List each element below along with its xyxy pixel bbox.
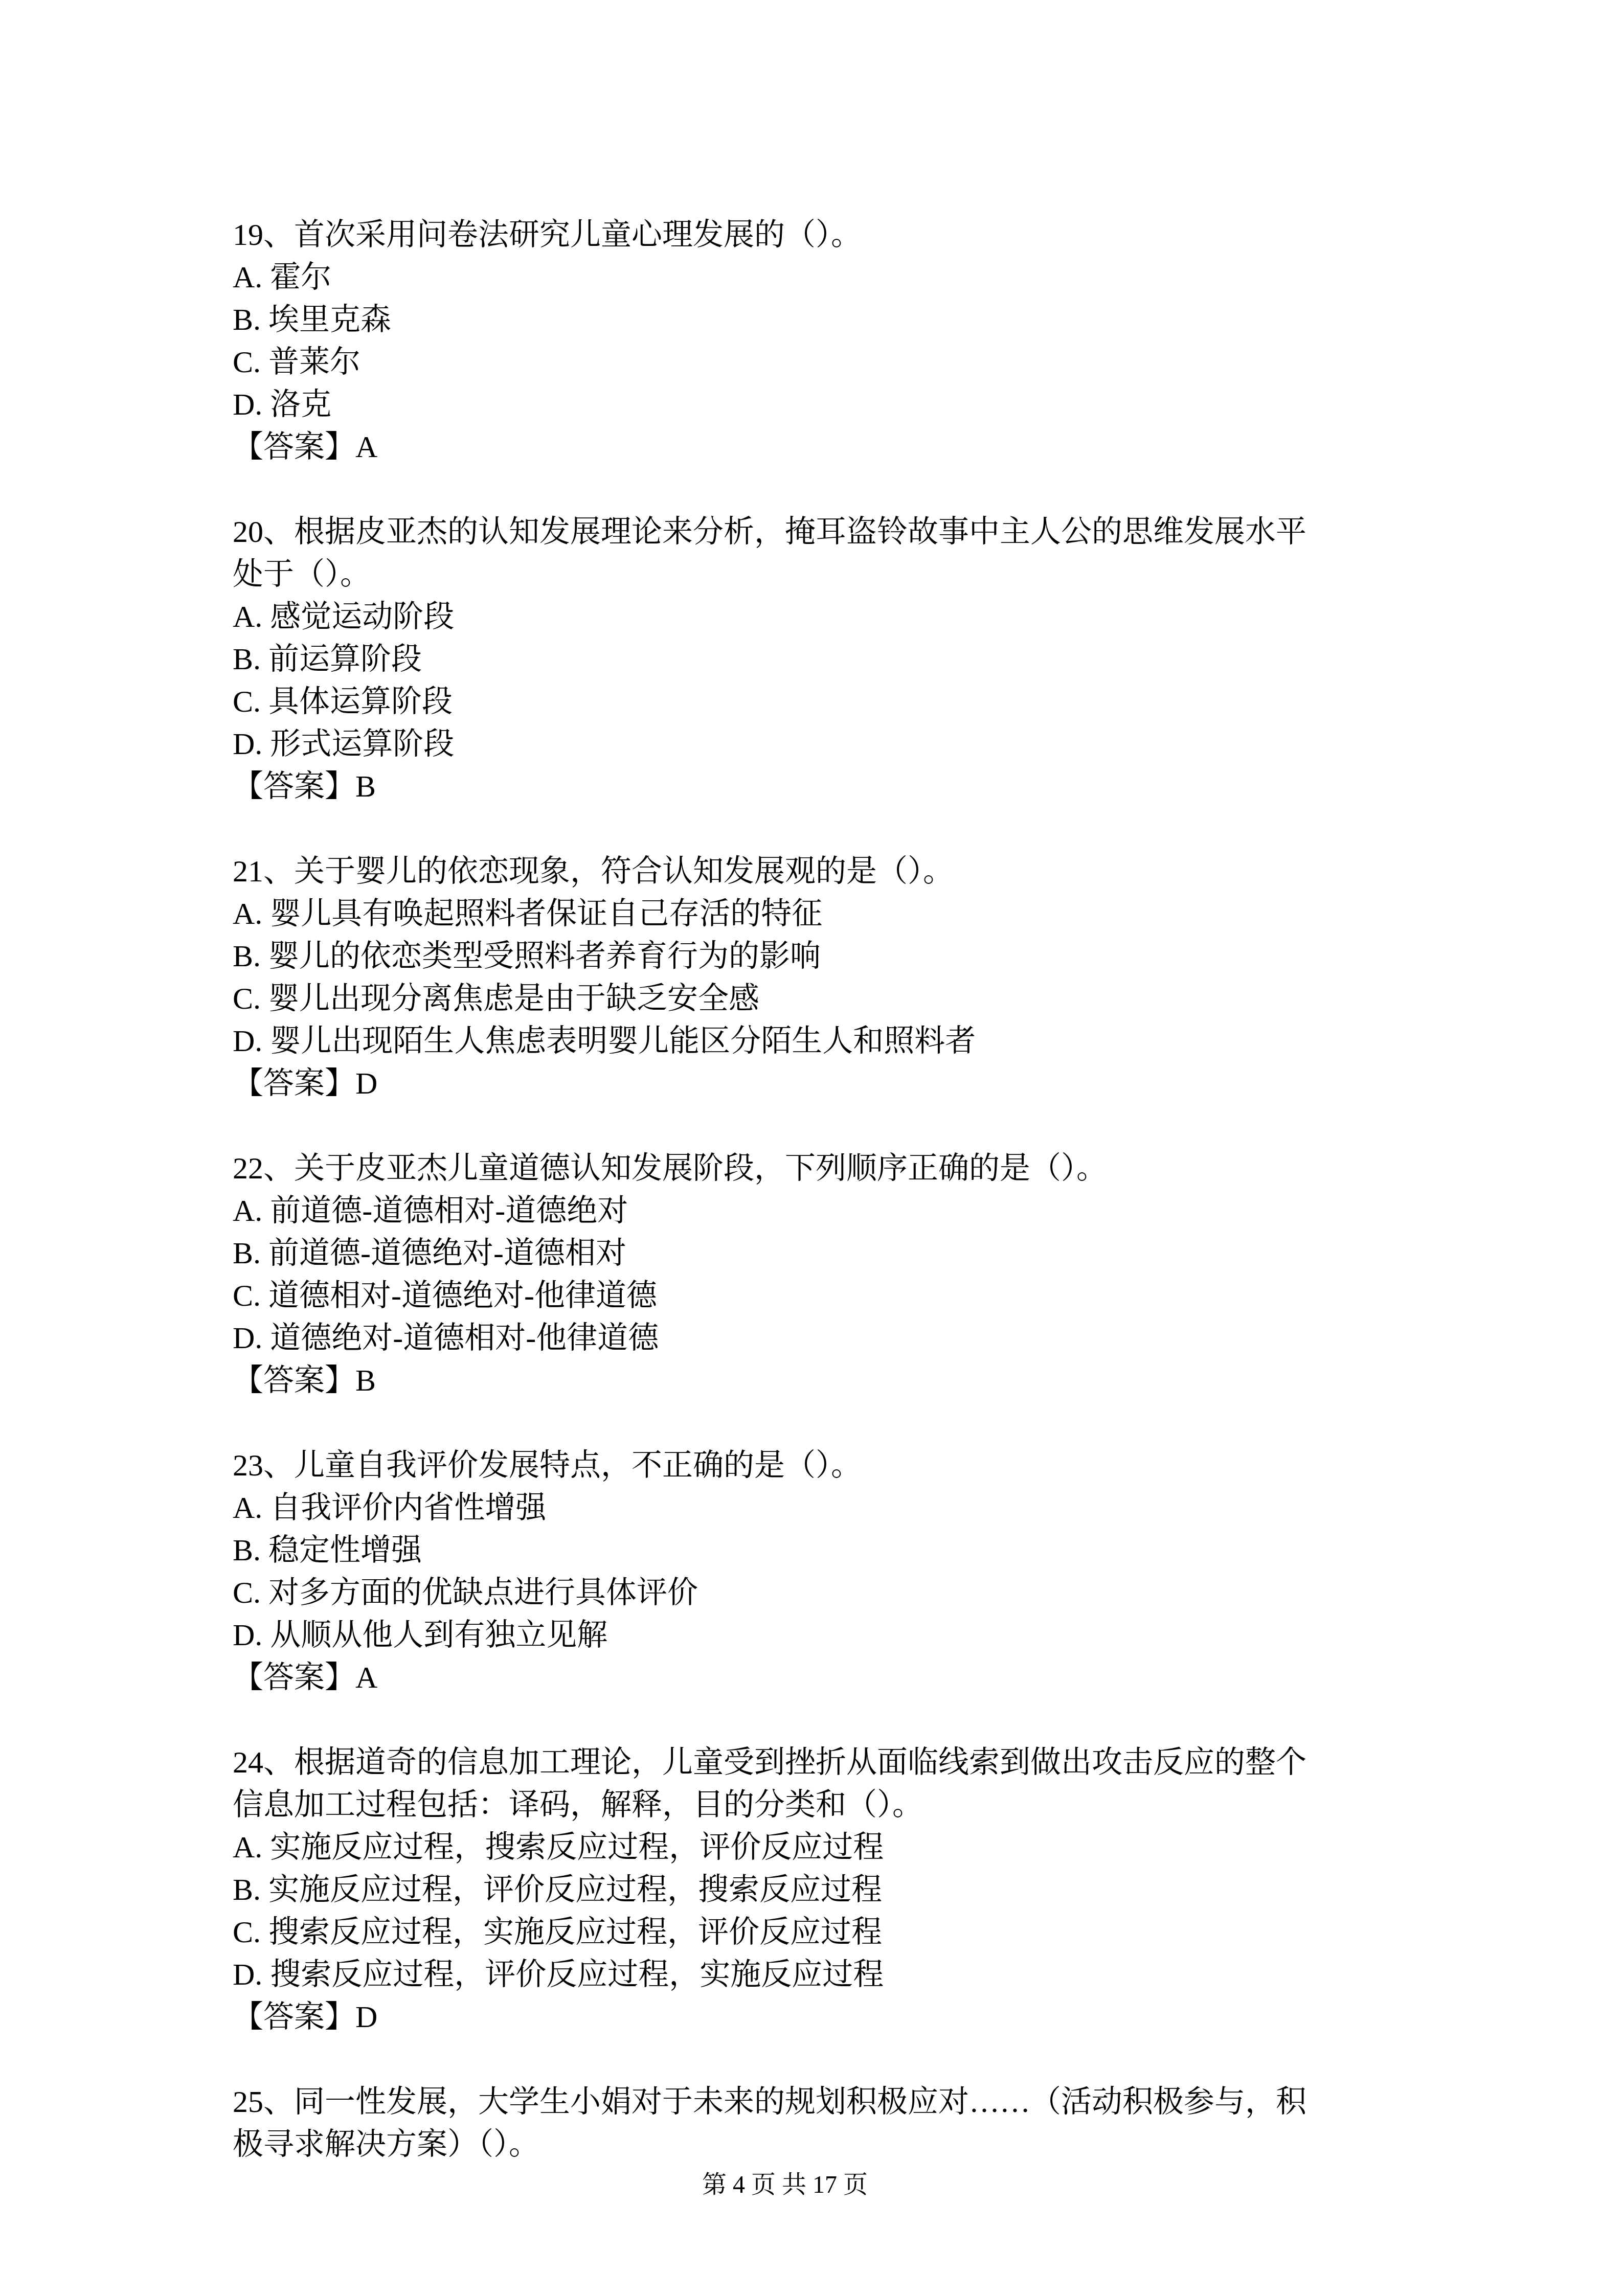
question-20-stem-line-1: 20、根据皮亚杰的认知发展理论来分析，掩耳盗铃故事中主人公的思维发展水平 (233, 511, 1337, 553)
question-24-option-d: D. 搜索反应过程，评价反应过程，实施反应过程 (233, 1953, 1337, 1996)
answer-label: 【答案】 (233, 2000, 355, 2034)
answer-value: B (355, 1363, 376, 1397)
answer-label: 【答案】 (233, 769, 355, 803)
question-20-option-a: A. 感觉运动阶段 (233, 596, 1337, 638)
question-23-answer-line: 【答案】A (233, 1656, 1337, 1699)
question-22-answer-line: 【答案】B (233, 1359, 1337, 1402)
question-25-stem-line-1: 25、同一性发展，大学生小娟对于未来的规划积极应对……（活动积极参与，积 (233, 2081, 1337, 2123)
question-21-stem: 21、关于婴儿的依恋现象，符合认知发展观的是（）。 (233, 850, 1337, 893)
question-19-option-d: D. 洛克 (233, 383, 1337, 426)
question-24-stem-line-1: 24、根据道奇的信息加工理论，儿童受到挫折从面临线索到做出攻击反应的整个 (233, 1741, 1337, 1784)
question-19-stem: 19、首次采用问卷法研究儿童心理发展的（）。 (233, 214, 1337, 256)
answer-value: A (355, 1661, 377, 1694)
question-20-option-d: D. 形式运算阶段 (233, 723, 1337, 765)
question-19-option-c: C. 普莱尔 (233, 341, 1337, 383)
question-22-stem: 22、关于皮亚杰儿童道德认知发展阶段，下列顺序正确的是（）。 (233, 1147, 1337, 1190)
answer-label: 【答案】 (233, 1363, 355, 1397)
answer-label: 【答案】 (233, 1066, 355, 1100)
question-19-answer-line: 【答案】A (233, 426, 1337, 468)
page-footer: 第 4 页 共 17 页 (233, 2170, 1337, 2200)
question-20-stem-line-2: 处于（）。 (233, 553, 1337, 596)
exam-questions-content: 19、首次采用问卷法研究儿童心理发展的（）。 A. 霍尔 B. 埃里克森 C. … (233, 214, 1337, 2200)
question-24-answer-line: 【答案】D (233, 1996, 1337, 2038)
answer-label: 【答案】 (233, 1661, 355, 1694)
question-22-option-c: C. 道德相对-道德绝对-他律道德 (233, 1275, 1337, 1317)
question-24-option-b: B. 实施反应过程，评价反应过程，搜索反应过程 (233, 1869, 1337, 1911)
question-25: 25、同一性发展，大学生小娟对于未来的规划积极应对……（活动积极参与，积 极寻求… (233, 2081, 1337, 2166)
answer-value: D (355, 2000, 377, 2034)
question-23-option-d: D. 从顺从他人到有独立见解 (233, 1614, 1337, 1656)
question-22-option-b: B. 前道德-道德绝对-道德相对 (233, 1232, 1337, 1275)
question-24-option-a: A. 实施反应过程，搜索反应过程，评价反应过程 (233, 1826, 1337, 1869)
question-23-option-a: A. 自我评价内省性增强 (233, 1487, 1337, 1529)
question-21-option-b: B. 婴儿的依恋类型受照料者养育行为的影响 (233, 935, 1337, 977)
question-19-option-a: A. 霍尔 (233, 256, 1337, 299)
question-20: 20、根据皮亚杰的认知发展理论来分析，掩耳盗铃故事中主人公的思维发展水平 处于（… (233, 511, 1337, 808)
exam-document-page: 19、首次采用问卷法研究儿童心理发展的（）。 A. 霍尔 B. 埃里克森 C. … (0, 0, 1624, 2296)
question-21-option-d: D. 婴儿出现陌生人焦虑表明婴儿能区分陌生人和照料者 (233, 1020, 1337, 1062)
question-21: 21、关于婴儿的依恋现象，符合认知发展观的是（）。 A. 婴儿具有唤起照料者保证… (233, 850, 1337, 1105)
question-24-option-c: C. 搜索反应过程，实施反应过程，评价反应过程 (233, 1911, 1337, 1953)
question-23-stem: 23、儿童自我评价发展特点，不正确的是（）。 (233, 1444, 1337, 1487)
answer-value: D (355, 1066, 377, 1100)
question-23-option-b: B. 稳定性增强 (233, 1529, 1337, 1572)
question-19-option-b: B. 埃里克森 (233, 299, 1337, 341)
question-24: 24、根据道奇的信息加工理论，儿童受到挫折从面临线索到做出攻击反应的整个 信息加… (233, 1741, 1337, 2038)
question-22: 22、关于皮亚杰儿童道德认知发展阶段，下列顺序正确的是（）。 A. 前道德-道德… (233, 1147, 1337, 1402)
answer-value: A (355, 430, 377, 464)
question-25-stem-line-2: 极寻求解决方案）（）。 (233, 2123, 1337, 2166)
question-20-option-c: C. 具体运算阶段 (233, 680, 1337, 723)
question-19: 19、首次采用问卷法研究儿童心理发展的（）。 A. 霍尔 B. 埃里克森 C. … (233, 214, 1337, 468)
question-20-answer-line: 【答案】B (233, 765, 1337, 808)
question-23-option-c: C. 对多方面的优缺点进行具体评价 (233, 1572, 1337, 1614)
answer-label: 【答案】 (233, 430, 355, 464)
question-24-stem-line-2: 信息加工过程包括：译码，解释，目的分类和（）。 (233, 1784, 1337, 1826)
question-21-answer-line: 【答案】D (233, 1062, 1337, 1105)
question-22-option-d: D. 道德绝对-道德相对-他律道德 (233, 1317, 1337, 1359)
question-21-option-a: A. 婴儿具有唤起照料者保证自己存活的特征 (233, 893, 1337, 935)
question-21-option-c: C. 婴儿出现分离焦虑是由于缺乏安全感 (233, 977, 1337, 1020)
question-23: 23、儿童自我评价发展特点，不正确的是（）。 A. 自我评价内省性增强 B. 稳… (233, 1444, 1337, 1699)
answer-value: B (355, 769, 376, 803)
question-22-option-a: A. 前道德-道德相对-道德绝对 (233, 1190, 1337, 1232)
question-20-option-b: B. 前运算阶段 (233, 638, 1337, 680)
